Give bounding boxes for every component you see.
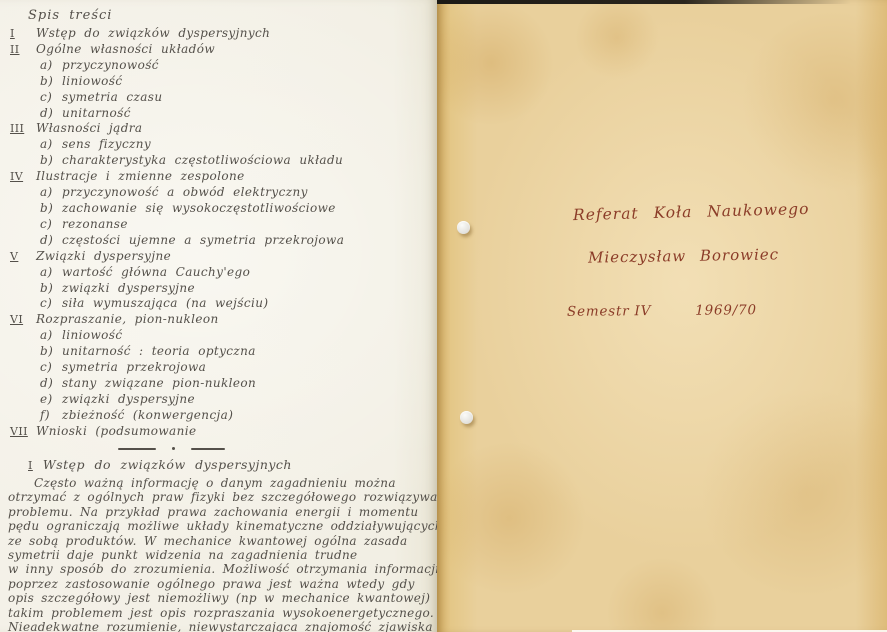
- toc-entry: c)symetria czasu: [0, 90, 437, 106]
- toc-text: symetria przekrojowa: [62, 360, 206, 374]
- table-of-contents: IWstęp do związków dyspersyjnych IIOgóln…: [0, 26, 437, 440]
- toc-marker: d): [40, 233, 62, 249]
- toc-entry: IIOgólne własności układów: [0, 42, 437, 58]
- toc-marker: c): [40, 296, 62, 312]
- toc-marker: c): [40, 360, 62, 376]
- toc-text: liniowość: [62, 328, 122, 342]
- cover-semester: Semestr IV: [567, 303, 651, 320]
- essay-heading: IWstęp do związków dyspersyjnych: [28, 457, 292, 472]
- toc-marker: II: [10, 42, 36, 58]
- toc-entry: a)wartość główna Cauchy'ego: [0, 265, 437, 281]
- essay-line: Często ważną informację o danym zagadnie…: [8, 476, 438, 490]
- toc-text: wartość główna Cauchy'ego: [62, 265, 250, 279]
- essay-line: Nieadekwatne rozumienie, niewystarczając…: [8, 620, 438, 632]
- toc-entry: d)unitarność: [0, 106, 437, 122]
- toc-marker: a): [40, 58, 62, 74]
- toc-marker: d): [40, 376, 62, 392]
- toc-text: rezonanse: [62, 217, 128, 231]
- left-page: Spis treści IWstęp do związków dyspersyj…: [0, 0, 437, 632]
- toc-text: częstości ujemne a symetria przekrojowa: [62, 233, 344, 247]
- toc-entry: b)związki dyspersyjne: [0, 281, 437, 297]
- essay-heading-text: Wstęp do związków dyspersyjnych: [43, 457, 292, 472]
- toc-text: Związki dyspersyjne: [36, 249, 171, 263]
- toc-entry: b)liniowość: [0, 74, 437, 90]
- toc-entry: c)symetria przekrojowa: [0, 360, 437, 376]
- toc-text: siła wymuszająca (na wejściu): [62, 296, 268, 310]
- toc-entry: VZwiązki dyspersyjne: [0, 249, 437, 265]
- essay-heading-numeral: I: [28, 459, 33, 472]
- right-page-cover: Referat Koła Naukowego Mieczysław Borowi…: [437, 0, 887, 632]
- toc-entry: b)zachowanie się wysokoczęstotliwościowe: [0, 201, 437, 217]
- toc-title: Spis treści: [28, 8, 112, 23]
- cover-title: Referat Koła Naukowego: [573, 200, 810, 224]
- toc-entry: e)związki dyspersyjne: [0, 392, 437, 408]
- essay-line: pędu ograniczają możliwe układy kinematy…: [8, 519, 438, 533]
- toc-marker: VI: [10, 312, 36, 328]
- toc-text: symetria czasu: [62, 90, 162, 104]
- toc-text: Wstęp do związków dyspersyjnych: [36, 26, 270, 40]
- toc-entry: c)rezonanse: [0, 217, 437, 233]
- toc-text: charakterystyka częstotliwościowa układu: [62, 153, 343, 167]
- toc-text: zbieżność (konwergencja): [62, 408, 233, 422]
- toc-marker: a): [40, 137, 62, 153]
- toc-entry: a)liniowość: [0, 328, 437, 344]
- toc-marker: c): [40, 90, 62, 106]
- toc-marker: V: [10, 249, 36, 265]
- toc-text: sens fizyczny: [62, 137, 151, 151]
- cover-semester-line: Semestr IV1969/70: [567, 302, 757, 320]
- toc-entry: IVIlustracje i zmienne zespolone: [0, 169, 437, 185]
- punch-hole-top: [457, 221, 470, 234]
- toc-text: związki dyspersyjne: [62, 392, 195, 406]
- toc-entry: d)stany związane pion-nukleon: [0, 376, 437, 392]
- toc-text: Własności jądra: [36, 121, 142, 135]
- toc-entry: f)zbieżność (konwergencja): [0, 408, 437, 424]
- toc-text: unitarność : teoria optyczna: [62, 344, 256, 358]
- scan-edge: [437, 0, 887, 4]
- essay-line: ze sobą produktów. W mechanice kwantowej…: [8, 534, 438, 548]
- toc-marker: IV: [10, 169, 36, 185]
- toc-entry: b)unitarność : teoria optyczna: [0, 344, 437, 360]
- toc-entry: VIIWnioski (podsumowanie: [0, 424, 437, 440]
- essay-line: poprzez zastosowanie ogólnego prawa jest…: [8, 577, 438, 591]
- toc-marker: a): [40, 265, 62, 281]
- toc-text: zachowanie się wysokoczęstotliwościowe: [62, 201, 336, 215]
- toc-entry: a)przyczynowość: [0, 58, 437, 74]
- section-divider: [118, 447, 225, 450]
- essay-line: opis szczegółowy jest niemożliwy (np w m…: [8, 591, 438, 605]
- toc-entry: c)siła wymuszająca (na wejściu): [0, 296, 437, 312]
- toc-text: Ilustracje i zmienne zespolone: [36, 169, 245, 183]
- toc-entry: VIRozpraszanie, pion-nukleon: [0, 312, 437, 328]
- toc-entry: a)przyczynowość a obwód elektryczny: [0, 185, 437, 201]
- essay-line: problemu. Na przykład prawa zachowania e…: [8, 505, 438, 519]
- essay-line: takim problemem jest opis rozpraszania w…: [8, 606, 438, 620]
- punch-hole-bottom: [460, 411, 473, 424]
- cover-year: 1969/70: [695, 302, 757, 319]
- toc-text: Wnioski (podsumowanie: [36, 424, 196, 438]
- toc-marker: c): [40, 217, 62, 233]
- toc-marker: III: [10, 121, 36, 137]
- toc-marker: e): [40, 392, 62, 408]
- toc-marker: b): [40, 74, 62, 90]
- essay-paragraph: Często ważną informację o danym zagadnie…: [8, 476, 438, 632]
- essay-line: symetrii daje punkt widzenia na zagadnie…: [8, 548, 438, 562]
- essay-line: w inny sposób do zrozumienia. Możliwość …: [8, 562, 438, 576]
- divider-line: [191, 448, 225, 450]
- toc-text: Rozpraszanie, pion-nukleon: [36, 312, 219, 326]
- toc-text: stany związane pion-nukleon: [62, 376, 256, 390]
- toc-text: unitarność: [62, 106, 131, 120]
- toc-marker: a): [40, 328, 62, 344]
- divider-line: [118, 448, 156, 450]
- toc-entry: a)sens fizyczny: [0, 137, 437, 153]
- toc-marker: a): [40, 185, 62, 201]
- toc-marker: b): [40, 201, 62, 217]
- toc-text: liniowość: [62, 74, 122, 88]
- toc-marker: b): [40, 344, 62, 360]
- toc-marker: f): [40, 408, 62, 424]
- essay-line: otrzymać z ogólnych praw fizyki bez szcz…: [8, 490, 438, 504]
- toc-entry: IIIWłasności jądra: [0, 121, 437, 137]
- cover-author: Mieczysław Borowiec: [588, 245, 779, 266]
- toc-entry: d)częstości ujemne a symetria przekrojow…: [0, 233, 437, 249]
- toc-marker: VII: [10, 424, 36, 440]
- scanned-document: Spis treści IWstęp do związków dyspersyj…: [0, 0, 887, 632]
- toc-text: przyczynowość: [62, 58, 159, 72]
- toc-entry: IWstęp do związków dyspersyjnych: [0, 26, 437, 42]
- toc-entry: b)charakterystyka częstotliwościowa ukła…: [0, 153, 437, 169]
- toc-text: przyczynowość a obwód elektryczny: [62, 185, 308, 199]
- toc-marker: I: [10, 26, 36, 42]
- toc-marker: b): [40, 153, 62, 169]
- toc-text: Ogólne własności układów: [36, 42, 215, 56]
- toc-marker: d): [40, 106, 62, 122]
- divider-dot: [172, 447, 175, 450]
- toc-text: związki dyspersyjne: [62, 281, 195, 295]
- toc-marker: b): [40, 281, 62, 297]
